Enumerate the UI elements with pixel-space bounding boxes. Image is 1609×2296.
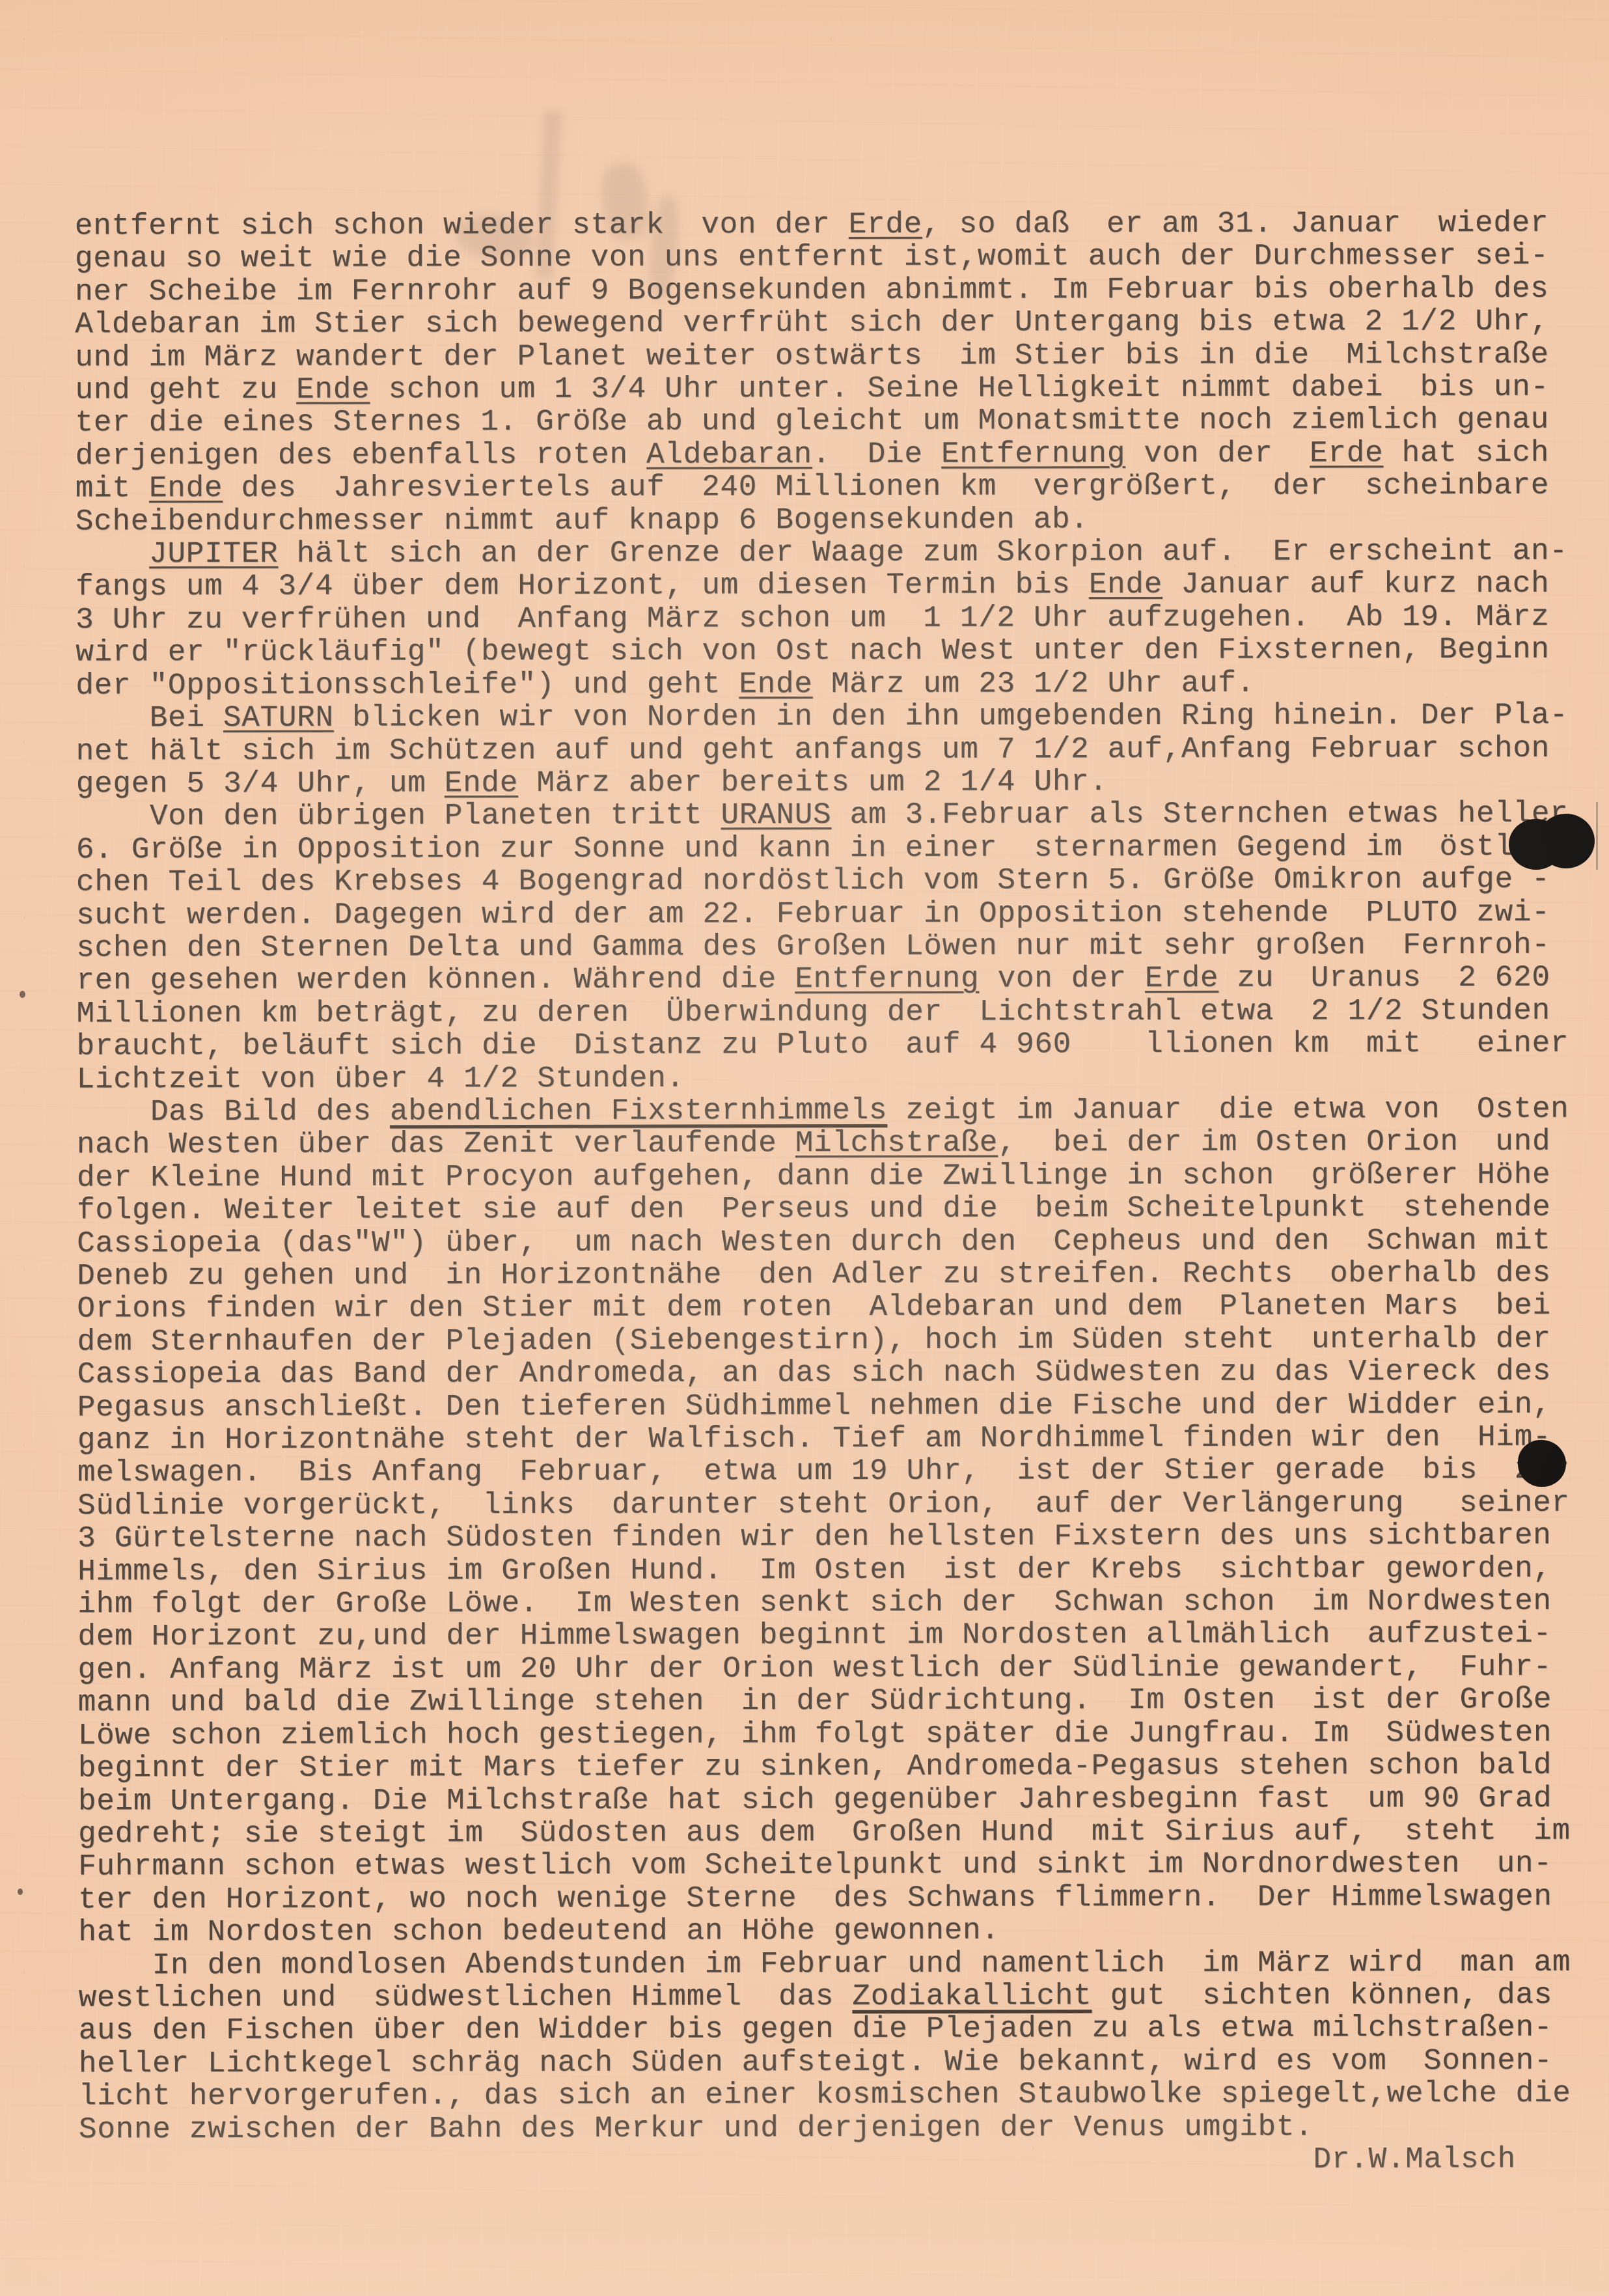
text-line: net hält sich im Schützen auf und geht a… (76, 732, 1586, 768)
text-line: dem Sternhaufen der Plejaden (Siebengest… (77, 1322, 1587, 1358)
text-line: Das Bild des abendlichen Fixsternhimmels… (77, 1093, 1587, 1129)
text-line: ter den Horizont, wo noch wenige Sterne … (78, 1880, 1588, 1916)
text-line: JUPITER hält sich an der Grenze der Waag… (76, 535, 1586, 571)
text-line: genau so weit wie die Sonne von uns entf… (75, 240, 1585, 275)
text-line: entfernt sich schon wieder stark von der… (75, 207, 1585, 243)
text-line: dem Horizont zu,und der Himmelswagen beg… (77, 1618, 1588, 1653)
text-line: gegen 5 3/4 Uhr, um Ende März aber berei… (76, 764, 1586, 800)
text-line: 3 Gürtelsterne nach Südosten finden wir … (77, 1519, 1588, 1555)
paragraph: entfernt sich schon wieder stark von der… (75, 207, 1586, 538)
margin-speck (18, 1888, 23, 1895)
text-line: hat im Nordosten schon bedeutend an Höhe… (78, 1913, 1588, 1949)
text-line: ganz in Horizontnähe steht der Walfisch.… (77, 1421, 1588, 1457)
text-line: ter die eines Sternes 1. Größe ab und gl… (75, 404, 1585, 439)
text-line: Deneb zu gehen und in Horizontnähe den A… (77, 1257, 1587, 1293)
paragraph: JUPITER hält sich an der Grenze der Waag… (76, 535, 1586, 702)
text-line: In den mondlosen Abendstunden im Februar… (78, 1946, 1588, 1982)
text-line: ner Scheibe im Fernrohr auf 9 Bogensekun… (75, 272, 1585, 308)
ink-blob (1518, 1440, 1566, 1487)
text-line: melswagen. Bis Anfang Februar, etwa um 1… (77, 1454, 1588, 1489)
text-line: und im März wandert der Planet weiter os… (75, 338, 1585, 374)
text-line: und geht zu Ende schon um 1 3/4 Uhr unte… (75, 371, 1585, 407)
author-signature: Dr.W.Malsch (1313, 2142, 1515, 2177)
text-line: Scheibendurchmesser nimmt auf knapp 6 Bo… (76, 502, 1586, 538)
text-line: mit Ende des Jahresviertels auf 240 Mill… (76, 469, 1586, 505)
text-line: Sonne zwischen der Bahn des Merkur und d… (79, 2110, 1589, 2146)
ink-blob-double (1537, 814, 1595, 868)
text-line: Millionen km beträgt, zu deren Überwindu… (76, 994, 1586, 1030)
text-line: Lichtzeit von über 4 1/2 Stunden. (77, 1060, 1587, 1096)
text-line: derjenigen des ebenfalls roten Aldebaran… (76, 436, 1586, 472)
text-line: Südlinie vorgerückt, links darunter steh… (77, 1486, 1588, 1522)
text-line: ren gesehen werden können. Während die E… (76, 961, 1586, 997)
text-line: Cassiopeia (das"W") über, um nach Westen… (77, 1224, 1587, 1260)
margin-speck (20, 991, 25, 998)
text-line: Aldebaran im Stier sich bewegend verfrüh… (75, 305, 1585, 341)
text-line: Fuhrmann schon etwas westlich vom Scheit… (78, 1847, 1588, 1883)
text-line: Himmels, den Sirius im Großen Hund. Im O… (77, 1552, 1588, 1588)
paragraph: Bei SATURN blicken wir von Norden in den… (76, 699, 1586, 801)
text-line: nach Westen über das Zenit verlaufende M… (77, 1126, 1587, 1161)
text-line: gedreht; sie steigt im Südosten aus dem … (78, 1814, 1588, 1850)
text-line: braucht, beläuft sich die Distanz zu Plu… (76, 1027, 1586, 1063)
text-line: licht hervorgerufen., das sich an einer … (79, 2077, 1589, 2113)
text-line: heller Lichtkegel schräg nach Süden aufs… (79, 2044, 1589, 2080)
text-line: folgen. Weiter leitet sie auf den Perseu… (77, 1191, 1587, 1227)
text-line: Bei SATURN blicken wir von Norden in den… (76, 699, 1586, 735)
text-line: Orions finden wir den Stier mit dem rote… (77, 1290, 1587, 1325)
scan-edge-artifact (1596, 802, 1598, 870)
text-line: Von den übrigen Planeten tritt URANUS am… (76, 797, 1586, 833)
text-line: wird er "rückläufig" (bewegt sich von Os… (76, 633, 1586, 669)
text-line: der Kleine Hund mit Procyon aufgehen, da… (77, 1158, 1587, 1194)
text-line: westlichen und südwestlichen Himmel das … (79, 1979, 1589, 2015)
text-line: Cassiopeia das Band der Andromeda, an da… (77, 1355, 1588, 1391)
document-text: entfernt sich schon wieder stark von der… (75, 207, 1589, 2179)
text-line: Löwe schon ziemlich hoch gestiegen, ihm … (78, 1716, 1588, 1752)
paragraphs-container: entfernt sich schon wieder stark von der… (75, 207, 1589, 2146)
text-line: 6. Größe in Opposition zur Sonne und kan… (76, 830, 1586, 866)
text-line: Pegasus anschließt. Den tieferen Südhimm… (77, 1388, 1588, 1424)
text-line: mann und bald die Zwillinge stehen in de… (78, 1683, 1588, 1719)
text-line: der "Oppositionsschleife") und geht Ende… (76, 666, 1586, 702)
text-line: gen. Anfang März ist um 20 Uhr der Orion… (77, 1650, 1588, 1686)
text-line: ihm folgt der Große Löwe. Im Westen senk… (77, 1585, 1588, 1621)
scanned-document-page: { "colors": { "paper": "#f2c9aa", "ink":… (0, 0, 1609, 2296)
text-line: aus den Fischen über den Widder bis gege… (79, 2012, 1589, 2047)
text-line: beginnt der Stier mit Mars tiefer zu sin… (78, 1749, 1588, 1785)
text-line: 3 Uhr zu verfrühen und Anfang März schon… (76, 600, 1586, 636)
text-line: fangs um 4 3/4 über dem Horizont, um die… (76, 568, 1586, 603)
signature-line: Dr.W.Malsch (79, 2143, 1589, 2179)
text-line: schen den Sternen Delta und Gamma des Gr… (76, 929, 1586, 965)
text-line: chen Teil des Krebses 4 Bogengrad nordös… (76, 863, 1586, 899)
paragraph: Das Bild des abendlichen Fixsternhimmels… (77, 1093, 1589, 1949)
paragraph: Von den übrigen Planeten tritt URANUS am… (76, 797, 1587, 1096)
paragraph: In den mondlosen Abendstunden im Februar… (78, 1946, 1589, 2146)
text-line: beim Untergang. Die Milchstraße hat sich… (78, 1782, 1588, 1818)
text-line: sucht werden. Dagegen wird der am 22. Fe… (76, 896, 1586, 932)
